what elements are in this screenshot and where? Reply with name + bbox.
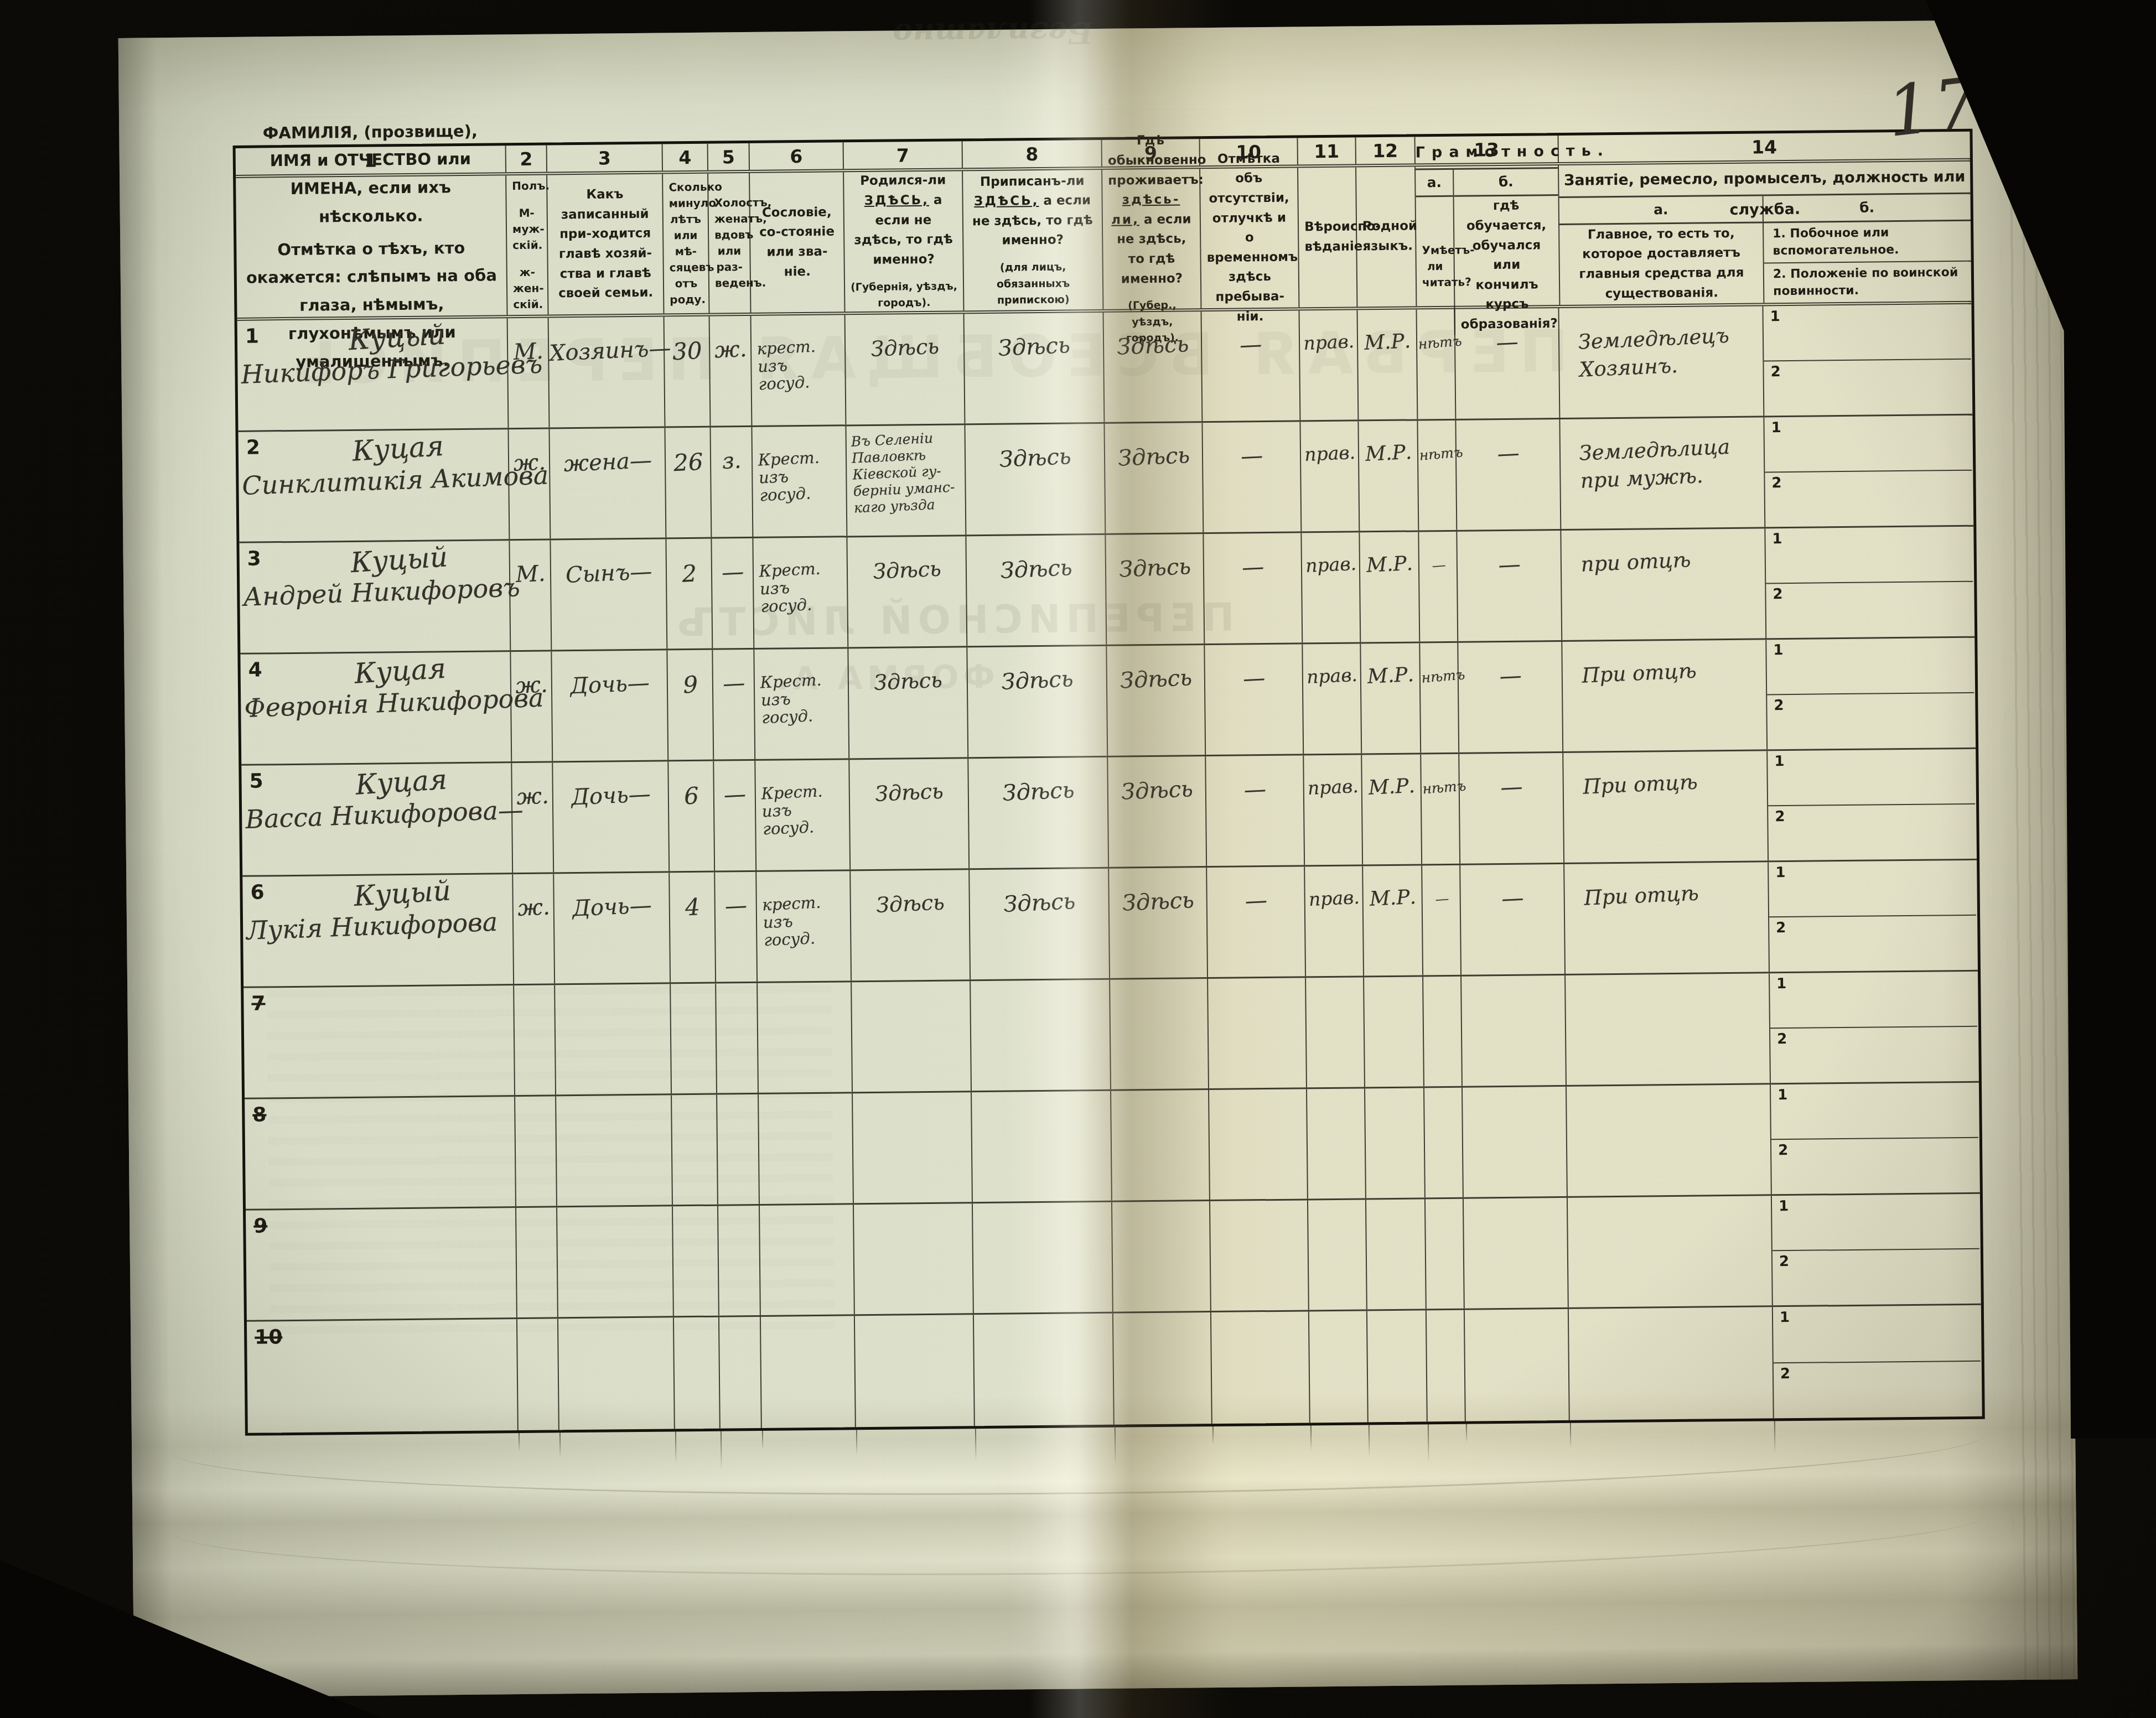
occupation-secondary-slot: 1 (1766, 638, 1974, 695)
occupation-military-slot: 2 (1767, 693, 1974, 750)
table-row: 2КуцаяСинклитикія Акимоваж.жена—26з.Крес… (239, 416, 1974, 543)
cell-marital (716, 983, 759, 1093)
cell-occupation-secondary: 12 (1766, 638, 1974, 750)
cell-registered-value (971, 1088, 1110, 1115)
cell-residence: Здѣсь (1106, 534, 1205, 645)
cell-registered-value (972, 1200, 1111, 1227)
cell-sex (514, 985, 556, 1095)
cell-marital-value (719, 1316, 760, 1339)
occupation-secondary-slot: 1 (1771, 1083, 1978, 1140)
sub-row-label: 2 (1779, 1253, 1789, 1270)
cell-residence-value: Здѣсь (1107, 755, 1206, 806)
cell-estate (760, 1205, 855, 1315)
col-number-5: 5 (708, 143, 750, 170)
cell-religion (1307, 1088, 1366, 1198)
row-number: 9 (253, 1214, 267, 1237)
occupation-military-slot: 2 (1765, 471, 1972, 527)
occupation-military-slot: 2 (1766, 582, 1973, 639)
col-head-birthplace: Родился-ли ЗДѢСЬ, а если не здѣсь, то гд… (844, 171, 964, 312)
cell-religion-value (1305, 977, 1364, 1000)
cell-literacy-education: — (1457, 531, 1562, 641)
cell-birthplace-value: Здѣсь (849, 757, 968, 807)
cell-residence: Здѣсь (1109, 868, 1208, 978)
bleed-through-text: Безплатно (893, 15, 1093, 52)
cell-relation-value (556, 1093, 671, 1119)
cell-person: 4КуцаяФевронія Никифорова (240, 652, 512, 764)
cell-sex-value: М. (507, 317, 549, 365)
cell-relation-value (558, 1316, 673, 1342)
cell-relation (558, 1317, 675, 1430)
cell-occupation-secondary: 12 (1772, 1194, 1980, 1306)
cell-marital: — (713, 650, 755, 760)
sub-row-label: 1 (1780, 1309, 1790, 1326)
cell-residence-value: Здѣсь (1103, 310, 1202, 361)
occupation-military-slot: 2 (1774, 1361, 1981, 1418)
sub-row-label: 2 (1776, 920, 1786, 936)
cell-marital-value (718, 1205, 759, 1228)
cell-religion: прав. (1300, 421, 1360, 531)
grid-line-remnant (1369, 1425, 1370, 1457)
cell-literacy-education: — (1456, 419, 1561, 530)
cell-literacy-education: — (1460, 864, 1566, 975)
cell-residence-value (1113, 1311, 1211, 1336)
col-head-language: Родной языкъ. (1356, 167, 1417, 307)
cell-sex-value: ж. (510, 651, 552, 699)
cell-literacy-education-value: — (1459, 751, 1564, 802)
cell-age-value (671, 1094, 717, 1117)
cell-relation-value (557, 1205, 672, 1231)
cell-birthplace-value: Здѣсь (848, 646, 967, 696)
cell-registered-value: Здѣсь (969, 866, 1109, 919)
col-head-relation: Какъ записанный при-ходится главѣ хозяй-… (547, 174, 664, 314)
sub-row-label: 2 (1774, 697, 1784, 714)
cell-age: 9 (667, 650, 714, 760)
cell-estate-value (758, 1092, 852, 1119)
sub-row-label: 1 (1772, 531, 1782, 547)
cell-person: 5КуцаяВасса Никифорова— (241, 763, 513, 875)
cell-residence-value (1111, 1088, 1209, 1114)
grid-line-remnant (1570, 1423, 1571, 1449)
cell-literacy-reads: нѣтъ (1418, 421, 1457, 531)
cell-person: 1КуцыйНикифоръ Григорьевъ (237, 318, 509, 430)
cell-age-value (672, 1205, 718, 1228)
cell-residence-value: Здѣсь (1108, 866, 1207, 917)
cell-absence-value: — (1205, 754, 1304, 804)
cell-birthplace: Здѣсь (851, 870, 971, 980)
row-number: 7 (251, 992, 265, 1015)
cell-estate-value: Крест. изъ госуд. (752, 536, 848, 616)
cell-birthplace: Здѣсь (847, 536, 967, 647)
cell-occupation-secondary: 12 (1773, 1305, 1981, 1419)
occupation-secondary-slot: 1 (1763, 304, 1971, 362)
table-body: 1КуцыйНикифоръ ГригорьевъМ.Хозяинъ—30ж.к… (237, 304, 1982, 1433)
cell-estate: Крест. изъ госуд. (753, 537, 848, 648)
table-row: 3КуцыйАндрей НикифоровъМ.Сынъ—2—Крест. и… (239, 527, 1974, 655)
col-head-registered-note: (для лицъ, обязанныхъ припискою) (970, 259, 1097, 309)
cell-birthplace (853, 1092, 973, 1203)
cell-residence-value: Здѣсь (1104, 421, 1203, 472)
cell-registered (971, 980, 1111, 1091)
cell-marital: ж. (710, 316, 753, 426)
cell-marital: — (712, 538, 754, 648)
cell-marital: — (715, 872, 758, 982)
grid-line-remnant (1466, 1424, 1467, 1443)
cell-occupation-secondary: 12 (1765, 527, 1973, 639)
underlined-word: ЗДѢСЬ, (864, 193, 930, 208)
cell-language-value: М.Р. (1358, 420, 1418, 466)
grid-line-remnant (856, 1430, 857, 1455)
cell-marital-value: — (712, 649, 755, 697)
cell-residence (1110, 979, 1209, 1089)
cell-literacy-reads: нѣтъ (1421, 754, 1460, 864)
cell-relation: Дочь— (553, 761, 670, 872)
col-head-registered-text: Приписанъ-ли ЗДѢСЬ, а если не здѣсь, то … (968, 172, 1096, 252)
cell-occupation-main (1566, 973, 1771, 1085)
cell-sex: ж. (511, 651, 553, 761)
cell-residence-value (1110, 977, 1208, 1003)
cell-registered (974, 1314, 1115, 1426)
cell-language-value: М.Р. (1360, 642, 1420, 689)
grid-line-remnant (1212, 1426, 1214, 1445)
col-head-sex-male: М-муж-скій. (512, 205, 542, 253)
table-row: 812 (245, 1083, 1980, 1211)
cell-estate-value: Крест. изъ госуд. (751, 424, 847, 505)
cell-literacy-education-value (1463, 1196, 1567, 1222)
cell-literacy-education (1464, 1198, 1569, 1309)
cell-sex: М. (508, 318, 550, 428)
sub-label-a: а. (1416, 170, 1453, 198)
col-head-literacy-group: Грамотность. а. Умѣетъ-ли читать? б. гдѣ… (1416, 165, 1560, 306)
sub-row-label: 2 (1778, 1142, 1788, 1159)
cell-occupation-main-value: При отцѣ (1563, 748, 1768, 802)
sub-row-label: 1 (1774, 753, 1784, 770)
cell-relation: Дочь— (554, 873, 671, 983)
cell-language: М.Р. (1362, 754, 1422, 864)
cell-relation: Дочь— (552, 650, 668, 761)
cell-absence-value (1211, 1310, 1309, 1335)
cell-absence (1208, 978, 1307, 1088)
table-row: 1КуцыйНикифоръ ГригорьевъМ.Хозяинъ—30ж.к… (237, 304, 1973, 432)
cell-religion-value (1309, 1310, 1367, 1334)
occupation-military-slot: 2 (1769, 916, 1977, 972)
sub-row-label: 1 (1770, 308, 1780, 325)
cell-occupation-main (1569, 1307, 1774, 1420)
cell-age-value: 4 (669, 871, 716, 921)
grid-line-remnant (559, 1432, 561, 1458)
cell-residence-value: Здѣсь (1106, 643, 1205, 694)
cell-language: М.Р. (1359, 421, 1419, 531)
cell-literacy-education-value: — (1458, 640, 1563, 691)
table-header: 1 2 3 4 5 6 7 8 9 10 11 12 13 14 (236, 132, 1972, 321)
cell-sex-value: ж. (508, 428, 550, 476)
cell-occupation-main: При отцѣ (1562, 640, 1768, 751)
cell-age (672, 1095, 718, 1205)
cell-estate-value (757, 980, 851, 1008)
cell-birthplace (855, 1315, 975, 1427)
sub-label-b: б. (1454, 169, 1558, 197)
cell-residence: Здѣсь (1108, 756, 1207, 867)
occupation-military-slot: 2 (1770, 1027, 1978, 1083)
cell-absence: — (1207, 866, 1306, 977)
cell-relation-value: Дочь— (553, 871, 670, 922)
cell-birthplace-value (852, 979, 970, 1005)
cell-relation-value: Дочь— (552, 760, 669, 811)
cell-literacy-reads (1423, 977, 1463, 1087)
table-row: 6КуцыйЛукія Никифороваж.Дочь—4—крест. из… (242, 860, 1978, 988)
sub-row-label: 2 (1770, 364, 1780, 380)
col-head-absence: Отмѣтка объ отсутствіи, отлучкѣ и о врем… (1200, 168, 1299, 308)
occupation-secondary-slot: 1 (1773, 1305, 1981, 1363)
cell-absence-value: — (1203, 531, 1302, 582)
cell-registered (973, 1202, 1113, 1313)
cell-literacy-reads: — (1419, 532, 1458, 642)
cell-age: 30 (665, 316, 711, 427)
cell-absence: — (1203, 422, 1302, 532)
cell-birthplace-value: Здѣсь (847, 534, 966, 585)
cell-marital-value: — (713, 760, 756, 808)
cell-language (1367, 1310, 1428, 1422)
sub-row-label: 2 (1777, 1031, 1787, 1047)
cell-absence-value: — (1204, 642, 1303, 693)
cell-literacy-reads-value: нѣтъ (1416, 308, 1456, 352)
col-number-11: 11 (1298, 137, 1356, 164)
cell-literacy-reads-value: нѣтъ (1419, 642, 1459, 686)
occupation-military-slot: 2 (1768, 804, 1976, 861)
cell-estate: Крест. изъ госуд. (754, 648, 849, 759)
occupation-group-title: Занятіе, ремесло, промыселъ, должность и… (1559, 162, 1971, 198)
cell-absence (1211, 1311, 1310, 1424)
cell-birthplace-value (853, 1202, 972, 1228)
cell-occupation-main-value: Земледѣлица при мужѣ. (1559, 414, 1765, 496)
cell-residence (1111, 1090, 1210, 1201)
col-head-name: ФАМИЛІЯ, (прозвище), ИМЯ и ОТЧЕСТВО или … (236, 175, 507, 318)
cell-literacy-reads-value (1424, 1086, 1463, 1114)
cell-literacy-reads (1427, 1310, 1466, 1422)
cell-person: 8 (245, 1097, 516, 1209)
cell-absence (1209, 1089, 1308, 1200)
cell-language-value (1364, 976, 1423, 1000)
cell-literacy-education (1465, 1309, 1570, 1421)
cell-age (674, 1317, 721, 1429)
sub-label-b: б. (1764, 194, 1971, 224)
cell-language-value (1365, 1087, 1424, 1111)
cell-literacy-education-value: — (1455, 418, 1561, 469)
cell-birthplace: Здѣсь (848, 647, 968, 758)
photo-background: ПЕРВАЯ ВСЕОБЩАЯ ПЕРЕПИСЬ ПЕРЕПИСНОЙ ЛИСТ… (0, 0, 2156, 1718)
occupation-secondary-slot: 1 (1768, 749, 1975, 807)
row-number: 8 (252, 1103, 266, 1126)
cell-occupation-main-value: При отцѣ (1562, 636, 1766, 691)
col-head-sex: Полъ. М-муж-скій. ж-жен-скій. (506, 175, 548, 315)
cell-literacy-education: — (1458, 642, 1563, 752)
cell-birthplace-value (854, 1313, 973, 1339)
cell-estate: крест. изъ госуд. (756, 871, 852, 982)
cell-marital-value: ж. (709, 315, 752, 364)
cell-relation-value: Дочь— (551, 648, 668, 700)
text: Приписанъ-ли (980, 174, 1085, 189)
cell-marital-value: — (711, 538, 754, 586)
grid-line-remnant (675, 1431, 677, 1463)
sub-row-label: 1 (1771, 419, 1781, 436)
cell-absence-value (1209, 1087, 1307, 1113)
cell-birthplace-value: Здѣсь (844, 312, 964, 362)
cell-age-value: 6 (668, 760, 714, 810)
cell-sex-value: М. (509, 539, 551, 588)
cell-religion (1308, 1200, 1367, 1310)
cell-occupation-secondary: 12 (1771, 1083, 1979, 1195)
text: Гдѣ обыкновенно проживаетъ: (1108, 133, 1206, 188)
cell-age: 2 (666, 539, 713, 649)
occupation-secondary-heads: 1. Побочное или вспомогательное. 2. Поло… (1764, 221, 1971, 303)
col-head-registered: Приписанъ-ли ЗДѢСЬ, а если не здѣсь, то … (963, 170, 1103, 310)
cell-residence-value: Здѣсь (1105, 532, 1204, 583)
cell-age: 26 (665, 428, 712, 538)
cell-religion-value: прав. (1301, 532, 1360, 577)
cell-estate (759, 1093, 854, 1204)
col-head-marital: Холостъ, женатъ, вдовъ или раз-веденъ. (708, 173, 751, 313)
cell-sex: ж. (509, 429, 551, 539)
cell-absence: — (1204, 533, 1303, 643)
occupation-secondary-slot: 1 (1764, 416, 1972, 473)
cell-language (1364, 977, 1424, 1087)
grid-line-remnant (975, 1429, 977, 1461)
sub-row-label: 2 (1780, 1366, 1790, 1382)
cell-language (1365, 1088, 1426, 1198)
sub-label-a: а. (1559, 196, 1763, 225)
grid-line-remnant (1774, 1421, 1776, 1453)
cell-registered-value: Здѣсь (966, 533, 1106, 585)
sub-row-label: 1 (1775, 864, 1785, 881)
grid-line-remnant (1310, 1425, 1312, 1451)
col-number-3: 3 (547, 144, 663, 172)
cell-literacy-education-value (1464, 1307, 1568, 1333)
cell-religion: прав. (1304, 755, 1363, 865)
col-head-age: Сколько минуло лѣтъ или мѣ-сяцевъ отъ ро… (663, 174, 709, 314)
cell-occupation-secondary: 12 (1769, 860, 1977, 972)
cell-sex (517, 1319, 559, 1430)
cell-occupation-main-value: Земледѣлецъ Хозяинъ. (1558, 303, 1764, 385)
cell-sex-value: ж. (511, 762, 553, 810)
cell-absence: — (1206, 755, 1305, 866)
cell-absence: — (1205, 644, 1304, 755)
cell-registered (972, 1091, 1112, 1202)
cell-birthplace: Здѣсь (849, 759, 970, 869)
cell-estate (758, 982, 853, 1093)
cell-estate-value: Крест. изъ госуд. (753, 647, 849, 727)
cell-occupation-main: При отцѣ (1563, 751, 1769, 863)
sub-row-label: 2 (1773, 586, 1782, 603)
table-row: 5КуцаяВасса Никифорова—ж.Дочь—6—Крест. и… (241, 749, 1977, 877)
cell-occupation-secondary: 12 (1764, 416, 1972, 527)
cell-age (673, 1206, 719, 1316)
cell-sex-value (514, 984, 555, 1007)
cell-person: 10 (247, 1319, 519, 1433)
cell-residence (1112, 1201, 1211, 1312)
cell-residence-value (1112, 1200, 1210, 1225)
sub-row-label: 1 (1779, 1198, 1789, 1214)
text: Родился-ли (860, 173, 946, 188)
cell-literacy-education-value: — (1454, 307, 1559, 357)
cell-sex-value: ж. (512, 873, 554, 921)
col-head-name-main: ФАМИЛІЯ, (прозвище), ИМЯ и ОТЧЕСТВО или … (244, 117, 497, 231)
cell-occupation-secondary: 12 (1770, 972, 1978, 1083)
occupation-secondary-slot: 1 (1769, 860, 1976, 918)
cell-sex-value (515, 1096, 556, 1118)
page-stack-edge (172, 1514, 1987, 1583)
cell-relation-value: жена— (549, 426, 666, 477)
cell-registered: Здѣсь (965, 424, 1106, 534)
cell-religion-value (1308, 1199, 1366, 1223)
cell-literacy-reads-value (1424, 1197, 1463, 1226)
sub-row-label: 2 (1775, 808, 1785, 825)
column-descriptions-row: ФАМИЛІЯ, (прозвище), ИМЯ и ОТЧЕСТВО или … (236, 162, 1971, 318)
col-head-sex-title: Полъ. (512, 178, 541, 194)
cell-religion: прав. (1302, 532, 1361, 642)
census-table: 1 2 3 4 5 6 7 8 9 10 11 12 13 14 (233, 129, 1985, 1436)
cell-language-value: М.Р. (1361, 754, 1421, 800)
cell-marital-value: з. (710, 427, 753, 475)
cell-birthplace (854, 1203, 974, 1314)
cell-religion (1306, 977, 1365, 1087)
cell-registered: Здѣсь (966, 535, 1107, 646)
cell-relation (557, 1206, 674, 1317)
occupation-sub-b: б. 1. Побочное или вспомогательное. 2. П… (1764, 194, 1972, 303)
col-head-occupation-group: Занятіе, ремесло, промыселъ, должность и… (1559, 162, 1971, 305)
cell-literacy-education (1461, 975, 1567, 1086)
cell-registered: Здѣсь (968, 757, 1109, 868)
cell-registered-value (971, 977, 1110, 1004)
col-head-residence: Гдѣ обыкновенно проживаетъ: здѣсь-ли, а … (1102, 169, 1201, 309)
cell-age-value (671, 983, 716, 1006)
cell-language: М.Р. (1358, 309, 1418, 419)
cell-occupation-main: Земледѣлица при мужѣ. (1560, 417, 1765, 529)
cell-estate: Крест. изъ госуд. (755, 760, 851, 870)
cell-absence-value (1210, 1198, 1308, 1224)
occupation-secondary-head-1: 1. Побочное или вспомогательное. (1764, 221, 1971, 264)
cell-relation: жена— (550, 428, 667, 538)
cell-absence: — (1202, 310, 1301, 421)
occupation-military-slot: 2 (1764, 360, 1971, 416)
cell-literacy-reads-value: — (1421, 864, 1461, 909)
cell-registered-value: Здѣсь (963, 310, 1103, 363)
sub-row-label: 1 (1773, 642, 1783, 658)
cell-relation-value (555, 982, 670, 1008)
occupation-secondary-slot: 1 (1772, 1194, 1979, 1252)
cell-religion-value: прав. (1304, 865, 1363, 911)
cell-sex: ж. (512, 762, 554, 873)
cell-language-value: М.Р. (1359, 531, 1419, 578)
occupation-military-head: 2. Положеніе по воинской повинности. (1764, 262, 1972, 303)
col-number-12: 12 (1356, 137, 1416, 164)
grid-line-remnant (762, 1431, 763, 1450)
cell-marital-value: — (714, 871, 757, 920)
cell-registered: Здѣсь (967, 646, 1108, 757)
cell-relation (555, 984, 672, 1094)
cell-estate: крест. изъ госуд. (752, 315, 847, 425)
cell-language-value: М.Р. (1357, 309, 1417, 355)
cell-residence: Здѣсь (1107, 645, 1206, 756)
grid-line-remnant (1428, 1424, 1429, 1463)
col-number-7: 7 (844, 141, 963, 169)
cell-marital (717, 1094, 760, 1205)
table-row: 712 (243, 972, 1979, 1099)
cell-estate: Крест. изъ госуд. (752, 426, 847, 537)
col-number-4: 4 (663, 144, 708, 171)
col-number-2: 2 (506, 145, 547, 172)
table-row: 912 (246, 1194, 1981, 1322)
table-row: 1012 (247, 1305, 1982, 1433)
cell-literacy-reads-value: нѣтъ (1420, 753, 1460, 797)
